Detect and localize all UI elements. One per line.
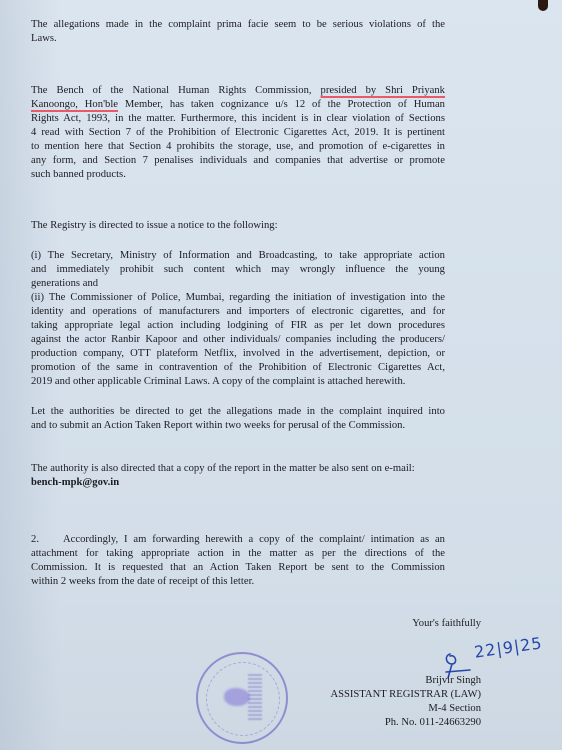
signatory-designation: ASSISTANT REGISTRAR (LAW) [330, 688, 481, 702]
text-span: The Bench of the National Human Rights C… [31, 85, 321, 96]
text-line: production company, OTT plateform Netfli… [31, 347, 445, 361]
paragraph-bench-cognizance: The Bench of the National Human Rights C… [31, 84, 445, 182]
signatory-name: Brijvir Singh [425, 674, 481, 688]
highlighted-text: presided by Shri Priyank [321, 85, 445, 96]
closing-salutation: Your's faithfully [412, 617, 481, 631]
paragraph-email-direction: The authority is also directed that a co… [31, 462, 445, 490]
text-line: against the actor Ranbir Kapoor and othe… [31, 333, 445, 347]
text-line: The allegations made in the complaint pr… [31, 18, 445, 32]
paragraph-registry-notice: The Registry is directed to issue a noti… [31, 219, 445, 233]
paragraph-notice-recipients: (i) The Secretary, Ministry of Informati… [31, 249, 445, 389]
text-line: to mention here that Section 4 prohibits… [31, 140, 445, 154]
text-line: and to submit an Action Taken Report wit… [31, 419, 445, 433]
text-line: 4 read with Section 7 of the Prohibition… [31, 126, 445, 140]
text-line: taking appropriate legal action includin… [31, 319, 445, 333]
handwritten-date: 22|9|25 [473, 633, 544, 661]
seal-emblem-icon [224, 688, 250, 706]
text-line: (i) The Secretary, Ministry of Informati… [31, 249, 445, 263]
text-line: 2019 and other applicable Criminal Laws.… [31, 375, 445, 389]
punch-hole [538, 0, 548, 11]
text-line: Laws. [31, 32, 445, 46]
text-line: generations and [31, 277, 445, 291]
text-line: Rights Act, 1993, in the matter. Further… [31, 112, 445, 126]
text-line: identity and operations of manufacturers… [31, 305, 445, 319]
text-line: within 2 weeks from the date of receipt … [31, 575, 445, 589]
signatory-section: M-4 Section [428, 702, 481, 716]
text-line: 2.Accordingly, I am forwarding herewith … [31, 533, 445, 547]
seal-text [248, 672, 262, 720]
paragraph-action-taken: Let the authorities be directed to get t… [31, 405, 445, 433]
text-line: The Registry is directed to issue a noti… [31, 219, 445, 233]
highlighted-text: Kanoongo, Hon'ble [31, 99, 118, 110]
text-line: any form, and Section 7 penalises indivi… [31, 154, 445, 168]
signatory-phone: Ph. No. 011-24663290 [385, 716, 481, 730]
text-line: The authority is also directed that a co… [31, 462, 445, 476]
text-line: (ii) The Commissioner of Police, Mumbai,… [31, 291, 445, 305]
paragraph-allegations: The allegations made in the complaint pr… [31, 18, 445, 46]
text-line: Kanoongo, Hon'ble Member, has taken cogn… [31, 98, 445, 112]
text-line: and immediately prohibit such content wh… [31, 263, 445, 277]
text-line: Let the authorities be directed to get t… [31, 405, 445, 419]
email-link[interactable]: bench-mpk@gov.in [31, 476, 445, 490]
text-line: The Bench of the National Human Rights C… [31, 84, 445, 98]
paragraph-forwarding: 2.Accordingly, I am forwarding herewith … [31, 533, 445, 589]
text-line: promotion of the same in contravention o… [31, 361, 445, 375]
document-page: The allegations made in the complaint pr… [0, 0, 562, 750]
text-span: Member, has taken cognizance u/s 12 of t… [118, 99, 445, 110]
paragraph-number: 2. [31, 533, 63, 547]
text-line: attachment for taking appropriate action… [31, 547, 445, 561]
text-line: Commission. It is requested that an Acti… [31, 561, 445, 575]
text-line: such banned products. [31, 168, 445, 182]
text-span: Accordingly, I am forwarding herewith a … [63, 534, 445, 545]
official-seal-icon [196, 652, 288, 744]
